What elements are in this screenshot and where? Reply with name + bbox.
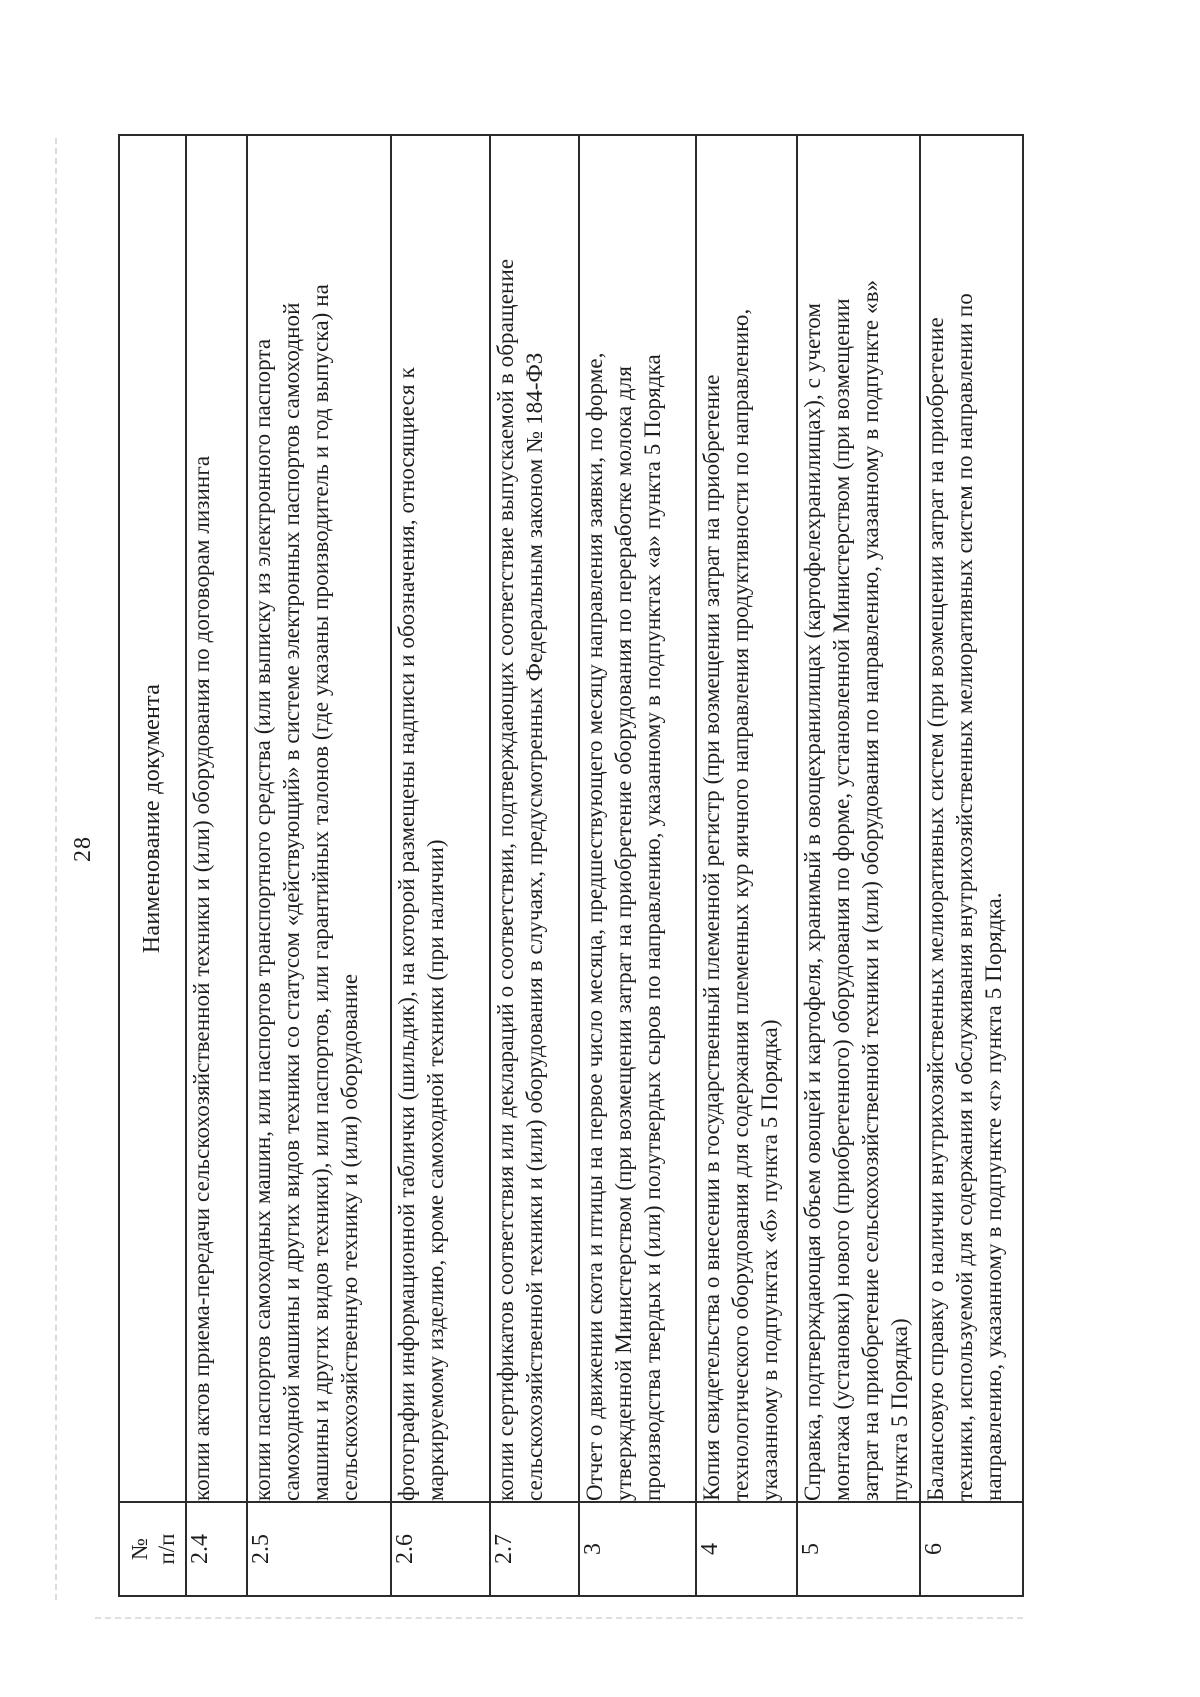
row-number-cell: 4 xyxy=(696,1502,797,1596)
table-row: 2.7 копии сертификатов соответствия или … xyxy=(490,135,579,1596)
text-line: Копия свидетельства о внесении в государ… xyxy=(697,136,726,1501)
page-number: 28 xyxy=(70,813,97,885)
text-line: монтажа (установки) нового (приобретенно… xyxy=(827,136,856,1501)
header-cell-document-name: Наименование документа xyxy=(119,135,186,1502)
text-line: Отчет о движении скота и птицы на первое… xyxy=(580,136,609,1501)
scanned-page: 28 № п/п Наименование документа 2.4 копи… xyxy=(0,0,1200,1697)
document-name-cell: фотографии информационной таблички (шиль… xyxy=(391,135,490,1502)
table-row: 4 Копия свидетельства о внесении в госуд… xyxy=(696,135,797,1596)
text-line: фотографии информационной таблички (шиль… xyxy=(392,136,421,1501)
table-row: 6 Балансовую справку о наличии внутрихоз… xyxy=(920,135,1023,1596)
scan-artifact-line-horizontal xyxy=(55,138,57,1600)
documents-table: № п/п Наименование документа 2.4 копии а… xyxy=(118,134,1024,1597)
row-number-cell: 3 xyxy=(579,1502,696,1596)
document-name-cell: Отчет о движении скота и птицы на первое… xyxy=(579,135,696,1502)
row-number-cell: 5 xyxy=(797,1502,920,1596)
document-name-cell: копии сертификатов соответствия или декл… xyxy=(490,135,579,1502)
document-name-cell: копии актов приема-передачи сельскохозяй… xyxy=(186,135,247,1502)
table-header-row: № п/п Наименование документа xyxy=(119,135,186,1596)
row-number-cell: 2.5 xyxy=(247,1502,391,1596)
scan-artifact-line-vertical xyxy=(95,1617,1023,1619)
document-name-cell: Справка, подтверждающая объем овощей и к… xyxy=(797,135,920,1502)
row-number-cell: 2.4 xyxy=(186,1502,247,1596)
text-line: сельскохозяйственной техники и (или) обо… xyxy=(520,136,549,1501)
row-number-cell: 2.7 xyxy=(490,1502,579,1596)
table-row: 3 Отчет о движении скота и птицы на перв… xyxy=(579,135,696,1596)
text-line: Балансовую справку о наличии внутрихозяй… xyxy=(921,136,950,1501)
text-line: самоходной машины и других видов техники… xyxy=(277,136,306,1501)
rotated-sheet: 28 № п/п Наименование документа 2.4 копи… xyxy=(0,0,1200,1697)
text-line: Справка, подтверждающая объем овощей и к… xyxy=(798,136,827,1501)
text-line: копии сертификатов соответствия или декл… xyxy=(491,136,520,1501)
header-number-sign: № xyxy=(126,1503,153,1595)
table-row: 2.5 копии паспортов самоходных машин, ил… xyxy=(247,135,391,1596)
table-row: 5 Справка, подтверждающая объем овощей и… xyxy=(797,135,920,1596)
table-row: 2.6 фотографии информационной таблички (… xyxy=(391,135,490,1596)
text-line: затрат на приобретение сельскохозяйствен… xyxy=(856,136,885,1501)
text-line: копии актов приема-передачи сельскохозяй… xyxy=(187,136,216,1501)
text-line: производства твердых и (или) полутвердых… xyxy=(638,136,667,1501)
table-row: 2.4 копии актов приема-передачи сельскох… xyxy=(186,135,247,1596)
text-line: направлению, указанному в подпункте «г» … xyxy=(979,136,1008,1501)
header-cell-number: № п/п xyxy=(119,1502,186,1596)
text-line: утвержденной Министерством (при возмещен… xyxy=(609,136,638,1501)
text-line: машины и других видов техники), или пасп… xyxy=(306,136,335,1501)
text-line: техники, используемой для содержания и о… xyxy=(950,136,979,1501)
text-line: указанному в подпунктах «б» пункта 5 Пор… xyxy=(755,136,784,1501)
header-number-sub: п/п xyxy=(153,1503,180,1595)
document-name-cell: Копия свидетельства о внесении в государ… xyxy=(696,135,797,1502)
text-line: технологического оборудования для содерж… xyxy=(726,136,755,1501)
text-line: пункта 5 Порядка) xyxy=(885,136,914,1501)
text-line: копии паспортов самоходных машин, или па… xyxy=(248,136,277,1501)
row-number-cell: 6 xyxy=(920,1502,1023,1596)
text-line: сельскохозяйственную технику и (или) обо… xyxy=(335,136,364,1501)
row-number-cell: 2.6 xyxy=(391,1502,490,1596)
document-name-cell: Балансовую справку о наличии внутрихозяй… xyxy=(920,135,1023,1502)
document-name-cell: копии паспортов самоходных машин, или па… xyxy=(247,135,391,1502)
text-line: маркируемому изделию, кроме самоходной т… xyxy=(421,136,450,1501)
